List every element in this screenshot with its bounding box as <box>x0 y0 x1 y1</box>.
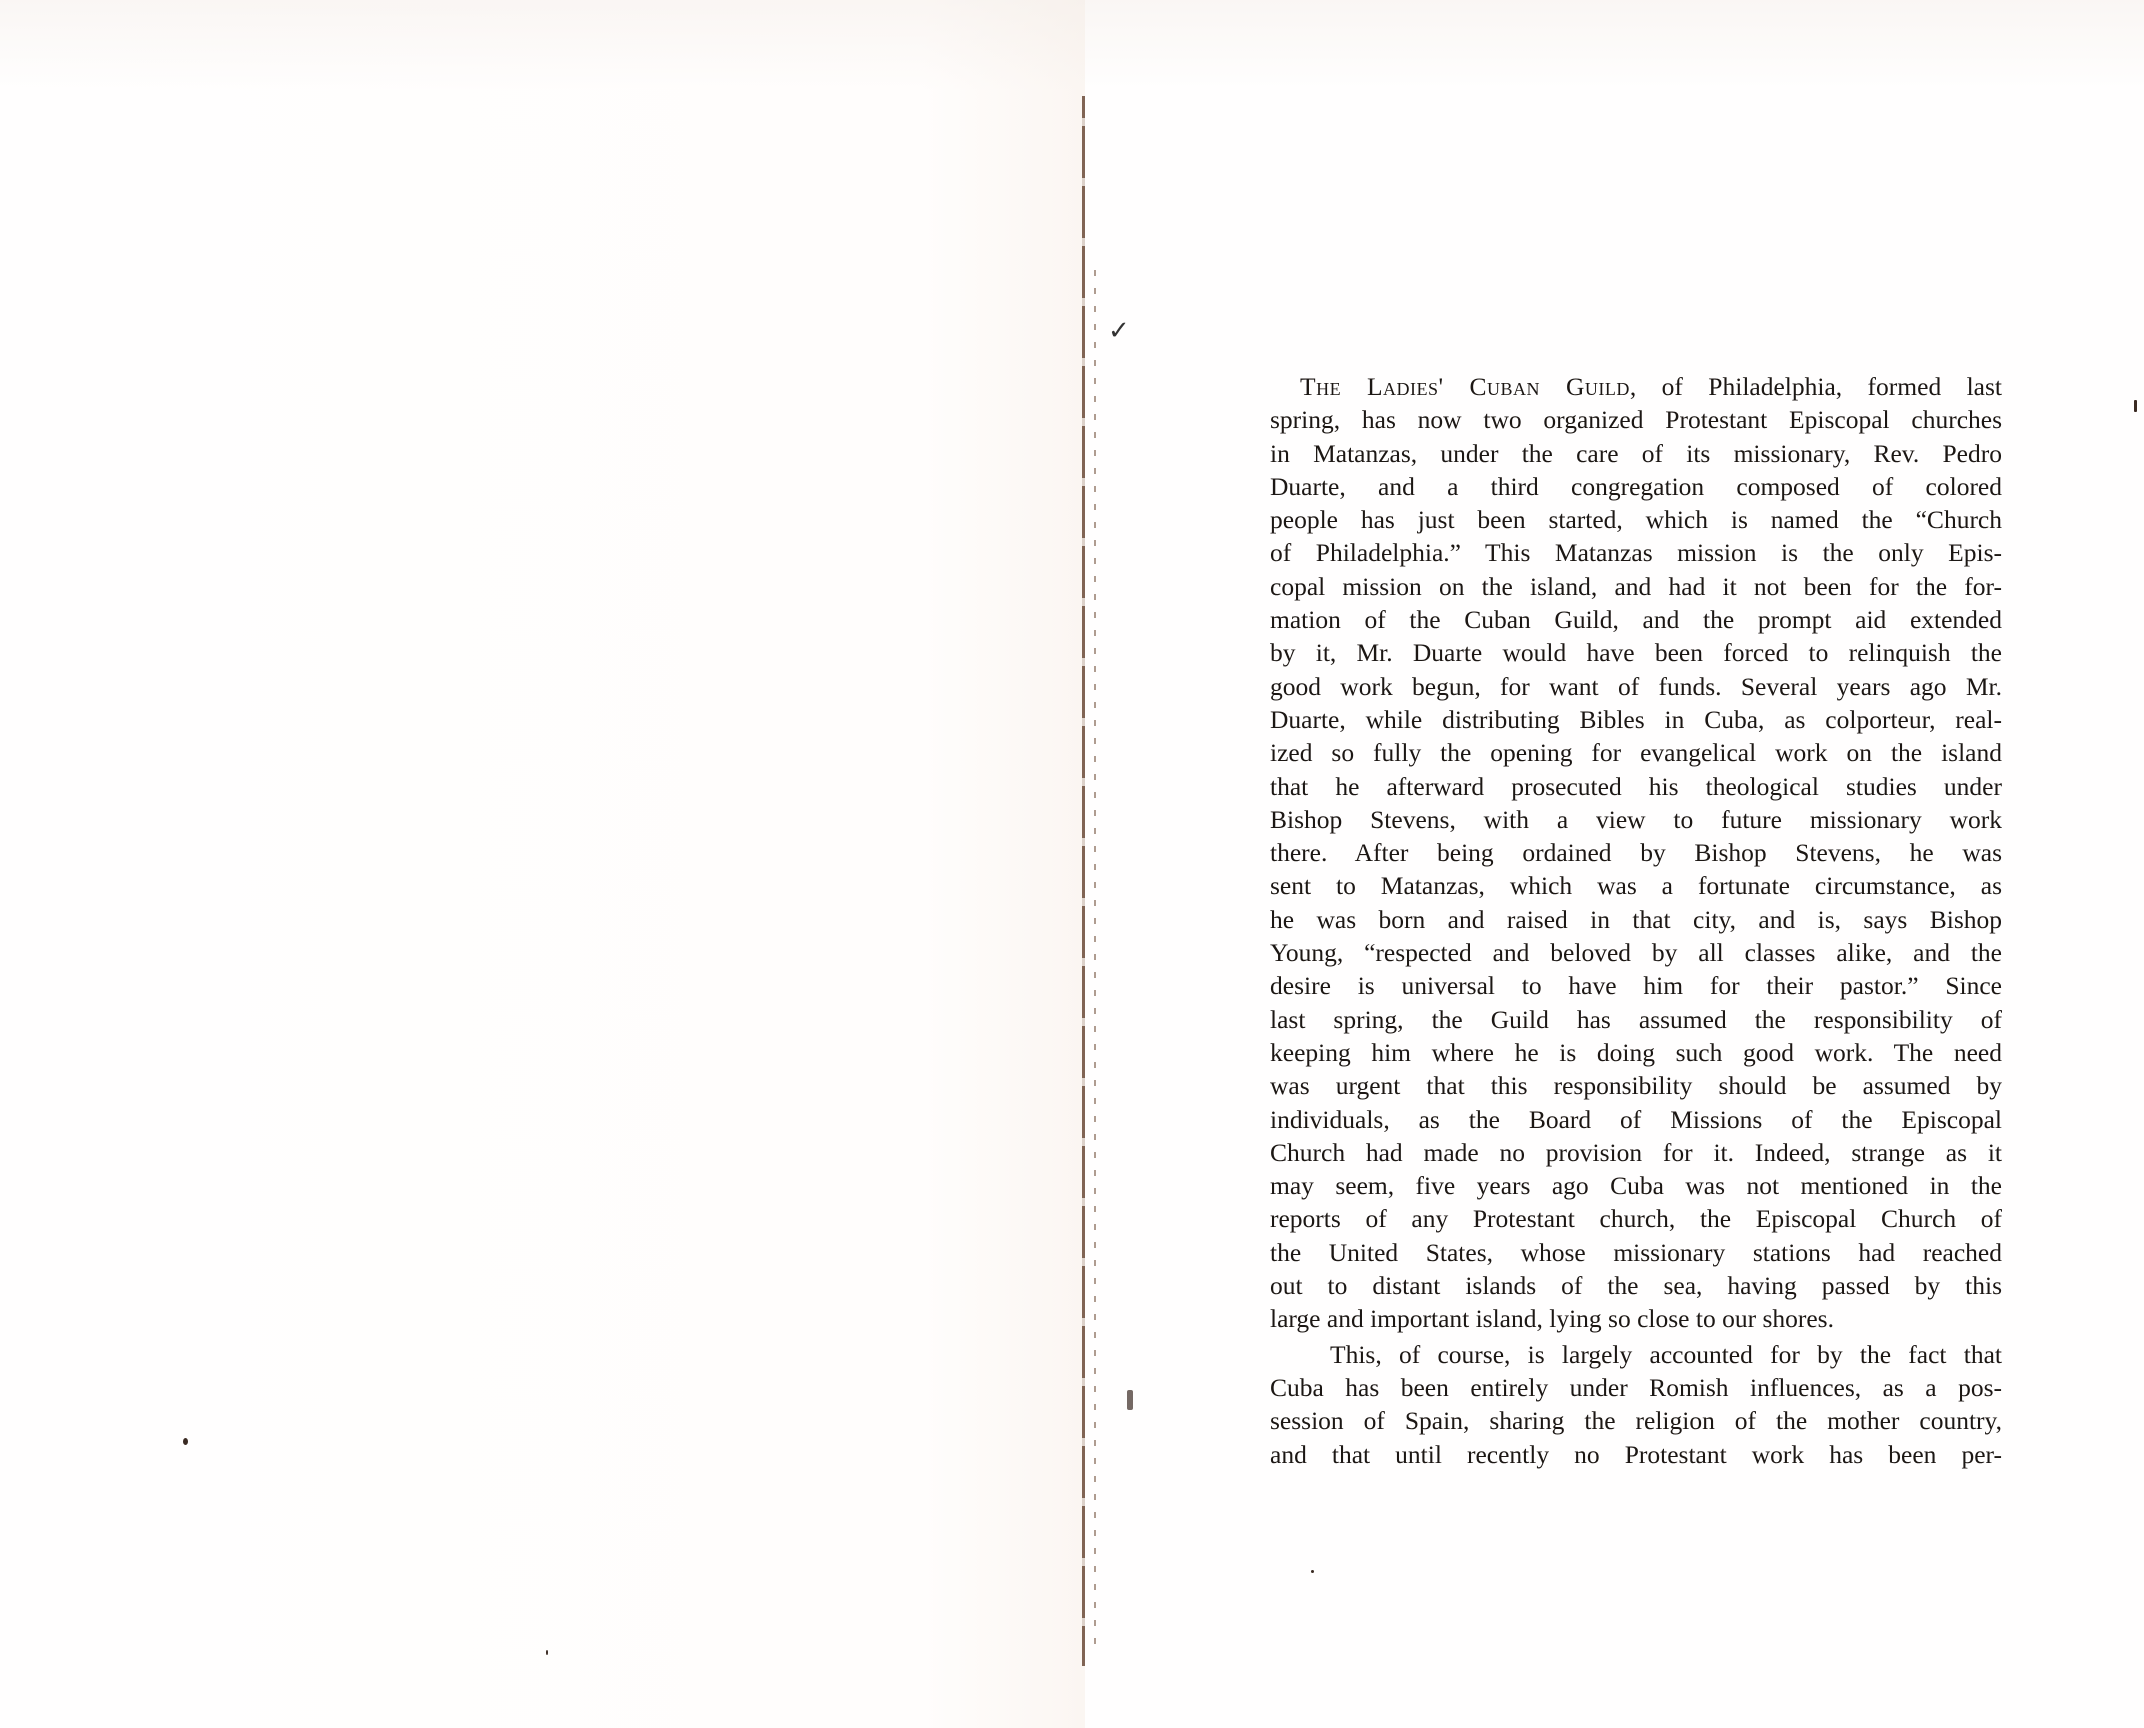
text-line: Duarte, and a third congregation compose… <box>1270 470 2002 503</box>
book-gutter-stitching <box>1094 270 1096 1650</box>
text-line: the United States, whose missionary stat… <box>1270 1236 2002 1269</box>
text-line: session of Spain, sharing the religion o… <box>1270 1404 2002 1437</box>
paper-speck <box>1311 1570 1314 1573</box>
book-gutter-binding <box>1082 96 1085 1666</box>
text-line: mation of the Cuban Guild, and the promp… <box>1270 603 2002 636</box>
page-top-shading <box>0 0 2144 90</box>
text-line: reports of any Protestant church, the Ep… <box>1270 1202 2002 1235</box>
text-line: may seem, five years ago Cuba was not me… <box>1270 1169 2002 1202</box>
paragraph-2: This, of course, is largely accounted fo… <box>1270 1338 2002 1471</box>
text-line: copal mission on the island, and had it … <box>1270 570 2002 603</box>
text-line: sent to Matanzas, which was a fortunate … <box>1270 869 2002 902</box>
text-line: This, of course, is largely accounted fo… <box>1270 1338 2002 1371</box>
text-line: Church had made no provision for it. Ind… <box>1270 1136 2002 1169</box>
text-line: individuals, as the Board of Missions of… <box>1270 1103 2002 1136</box>
text-line: Young, “respected and beloved by all cla… <box>1270 936 2002 969</box>
text-line: there. After being ordained by Bishop St… <box>1270 836 2002 869</box>
text-line: was urgent that this responsibility shou… <box>1270 1069 2002 1102</box>
text-line-fragment: , of Philadelphia, formed last <box>1630 372 2002 401</box>
book-spread: ✓ The Ladies' Cuban Guild, of Philadelph… <box>0 0 2144 1728</box>
paragraph-1: The Ladies' Cuban Guild, of Philadelphia… <box>1270 370 2002 1336</box>
text-line: Duarte, while distributing Bibles in Cub… <box>1270 703 2002 736</box>
text-line: and that until recently no Protestant wo… <box>1270 1438 2002 1471</box>
text-line: by it, Mr. Duarte would have been forced… <box>1270 636 2002 669</box>
paper-speck <box>2134 400 2137 412</box>
text-line: in Matanzas, under the care of its missi… <box>1270 437 2002 470</box>
paper-speck <box>546 1650 548 1655</box>
body-text: The Ladies' Cuban Guild, of Philadelphia… <box>1270 370 2002 1471</box>
paper-speck <box>183 1438 188 1445</box>
lead-small-caps: The Ladies' Cuban Guild <box>1300 372 1630 401</box>
text-line: desire is universal to have him for thei… <box>1270 969 2002 1002</box>
text-line: out to distant islands of the sea, havin… <box>1270 1269 2002 1302</box>
text-line: of Philadelphia.” This Matanzas mission … <box>1270 536 2002 569</box>
text-line: people has just been started, which is n… <box>1270 503 2002 536</box>
text-line: The Ladies' Cuban Guild, of Philadelphia… <box>1270 370 2002 403</box>
text-line: ized so fully the opening for evangelica… <box>1270 736 2002 769</box>
text-line: Bishop Stevens, with a view to future mi… <box>1270 803 2002 836</box>
text-line: large and important island, lying so clo… <box>1270 1302 2002 1335</box>
text-line: last spring, the Guild has assumed the r… <box>1270 1003 2002 1036</box>
text-line: keeping him where he is doing such good … <box>1270 1036 2002 1069</box>
check-mark-icon: ✓ <box>1108 318 1130 346</box>
left-page-blank <box>0 0 1085 1728</box>
text-line: that he afterward prosecuted his theolog… <box>1270 770 2002 803</box>
text-line: good work begun, for want of funds. Seve… <box>1270 670 2002 703</box>
paper-speck <box>1127 1390 1133 1410</box>
text-line: Cuba has been entirely under Romish infl… <box>1270 1371 2002 1404</box>
text-line: he was born and raised in that city, and… <box>1270 903 2002 936</box>
text-line: spring, has now two organized Protestant… <box>1270 403 2002 436</box>
